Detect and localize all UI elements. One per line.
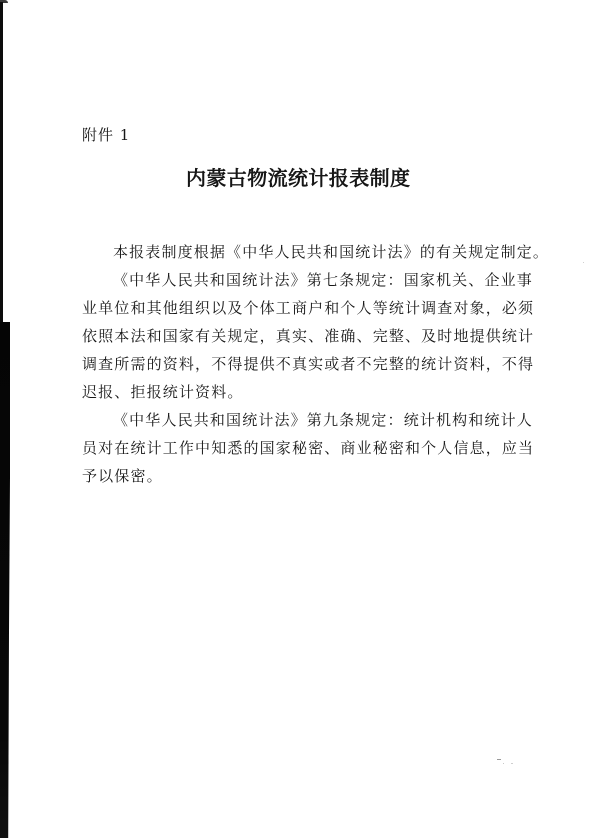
- text-line: 予以保密。: [82, 462, 522, 490]
- paragraph-article-7: 《中华人民共和国统计法》第七条规定：国家机关、企业事 业单位和其他组织以及个体工…: [82, 266, 522, 406]
- scan-edge-shadow: [0, 322, 10, 838]
- text-line: 调查所需的资料，不得提供不真实或者不完整的统计资料，不得: [82, 350, 522, 378]
- scanned-page: 附件 1 内蒙古物流统计报表制度 本报表制度根据《中华人民共和国统计法》的有关规…: [0, 0, 594, 838]
- text-line: 业单位和其他组织以及个体工商户和个人等统计调查对象，必须: [82, 294, 522, 322]
- scan-speck: [497, 759, 501, 760]
- text-line: 《中华人民共和国统计法》第七条规定：国家机关、企业事: [82, 266, 522, 294]
- scan-speck: [511, 763, 513, 764]
- scan-edge-shadow: [0, 2, 3, 322]
- text-line: 本报表制度根据《中华人民共和国统计法》的有关规定制定。: [82, 238, 522, 266]
- text-line: 员对在统计工作中知悉的国家秘密、商业秘密和个人信息，应当: [82, 434, 522, 462]
- document-title: 内蒙古物流统计报表制度: [186, 165, 416, 191]
- paragraph-article-9: 《中华人民共和国统计法》第九条规定：统计机构和统计人 员对在统计工作中知悉的国家…: [82, 406, 522, 490]
- text-line: 迟报、拒报统计资料。: [82, 378, 522, 406]
- text-line: 《中华人民共和国统计法》第九条规定：统计机构和统计人: [82, 406, 522, 434]
- attachment-label: 附件 1: [82, 126, 130, 144]
- scan-speck: [503, 763, 504, 764]
- document-body: 本报表制度根据《中华人民共和国统计法》的有关规定制定。 《中华人民共和国统计法》…: [82, 238, 522, 490]
- paragraph-intro: 本报表制度根据《中华人民共和国统计法》的有关规定制定。: [82, 238, 522, 266]
- text-line: 依照本法和国家有关规定，真实、准确、完整、及时地提供统计: [82, 322, 522, 350]
- scan-speck: [583, 262, 584, 263]
